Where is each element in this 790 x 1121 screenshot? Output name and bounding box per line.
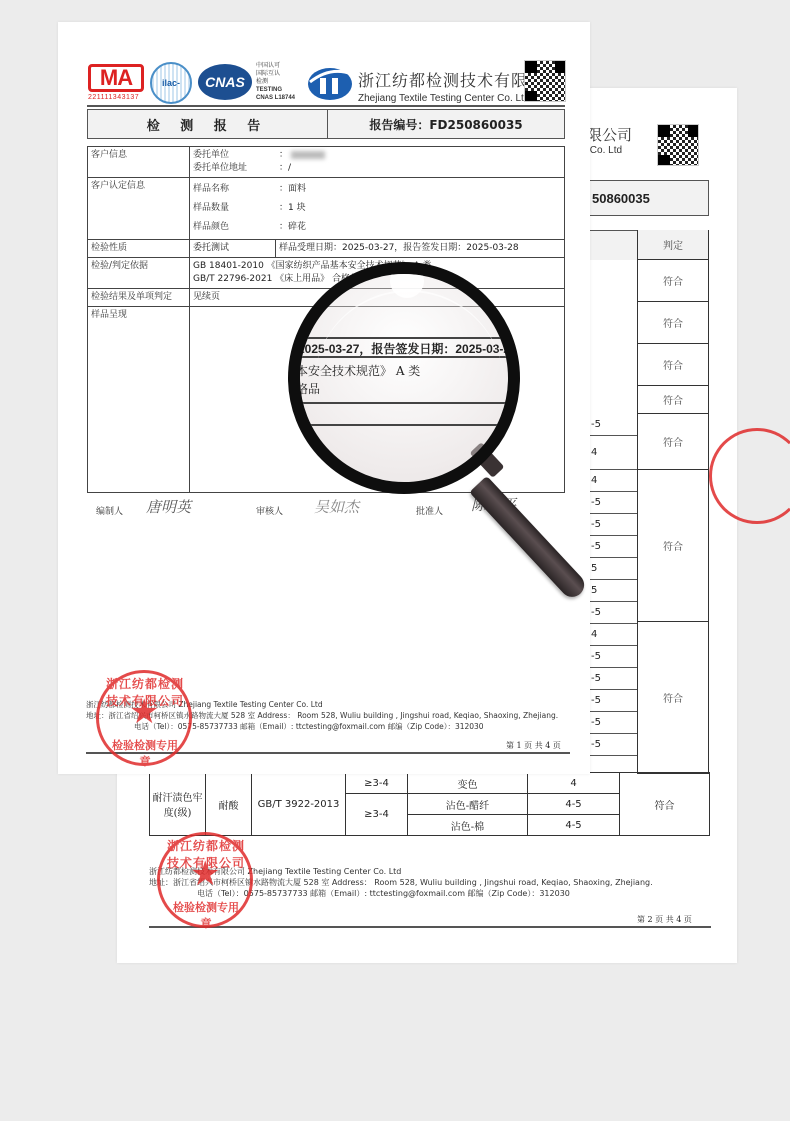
result-value: -5 — [587, 536, 637, 558]
page-number: 第 2 页 共 4 页 — [637, 914, 692, 925]
requirement: ≥3-4 — [346, 773, 408, 794]
divider — [87, 105, 565, 107]
cnas-accreditation: 中国认可 国际互认 检测 TESTING CNAS L18744 — [256, 62, 295, 102]
official-stamp: 浙江纺都检测技术有限公司 ★ 检验检测专用章 — [96, 670, 192, 766]
stamp-partial — [709, 428, 790, 524]
report-title: 检 测 报 告 — [88, 110, 328, 138]
result-value: -5 — [587, 514, 637, 536]
reviewer-signature: 吴如杰 — [314, 496, 359, 517]
approver-label: 批准人 — [416, 504, 443, 517]
judgement-cell: 符合 — [638, 622, 708, 774]
judgement-cell: 符合 — [638, 386, 708, 414]
field-label: 委托单位地址 — [193, 162, 279, 175]
reviewer-label: 审核人 — [256, 504, 283, 517]
table-row: 耐汗渍色牢度(级) 耐酸 GB/T 3922-2013 ≥3-4 变色 4 符合 — [150, 773, 710, 794]
report-title-bar: 检 测 报 告 报告编号：FD250860035 — [87, 109, 565, 139]
result-value: 4 — [587, 624, 637, 646]
sample-name-value: ：面料 — [279, 180, 561, 199]
sample-color-value: ：碎花 — [279, 218, 561, 237]
star-icon: ★ — [129, 695, 159, 729]
table-row: 客户信息 委托单位： 委托单位地址：/ — [88, 147, 565, 178]
redacted-text — [291, 151, 325, 159]
magnifying-glass-icon: 2025-03-27，报告签发日期：2025-03-2 本安全技术规范》 A 类… — [288, 262, 520, 494]
editor-signature: 唐明英 — [146, 496, 191, 517]
dates-value: 样品受理日期：2025-03-27，报告签发日期：2025-03-28 — [276, 240, 565, 258]
table-row: 客户认定信息 样品名称：面料 样品数量：1 块 样品颜色：碎花 — [88, 178, 565, 240]
row-label: 客户认定信息 — [88, 178, 190, 240]
row-label: 样品呈现 — [88, 307, 190, 493]
stamp-label: 检验检测专用章 — [170, 899, 242, 931]
test-item: 耐汗渍色牢度(级) — [150, 773, 206, 836]
judgement-header: 判定 — [638, 230, 708, 260]
judgement-cell: 符合 — [638, 414, 708, 470]
cma-number: 221111343137 — [88, 94, 146, 101]
editor-label: 编制人 — [96, 504, 123, 517]
result-value: -5 — [587, 602, 637, 624]
glass-glare — [390, 264, 424, 298]
sweat-fastness-table: 耐汗渍色牢度(级) 耐酸 GB/T 3922-2013 ≥3-4 变色 4 符合… — [149, 772, 710, 836]
judgement: 符合 — [620, 773, 710, 836]
official-stamp: 浙江纺都检测技术有限公司 ★ 检验检测专用章 — [157, 832, 253, 928]
report-number: 报告编号：FD250860035 — [328, 110, 564, 138]
judgement-cell: 符合 — [638, 344, 708, 386]
field-label: 委托单位 — [193, 149, 279, 162]
result-values-partial: -5 4 4 -5 -5 -5 5 5 -5 4 -5 -5 -5 -5 -5 — [587, 414, 637, 756]
ilac-mra-logo: ilac-MRA — [150, 62, 192, 104]
field-label: 样品颜色 — [193, 218, 279, 237]
result-value: -5 — [587, 712, 637, 734]
row-label: 检验结果及单项判定 — [88, 289, 190, 307]
row-label: 客户信息 — [88, 147, 190, 178]
qr-code-icon — [524, 60, 566, 102]
requirement: ≥3-4 — [346, 794, 408, 836]
header-logos: MA 221111343137 ilac-MRA CNAS 中国认可 国际互认 … — [88, 60, 568, 108]
row-label: 检验性质 — [88, 240, 190, 258]
cnas-logo: CNAS — [198, 64, 252, 100]
judgement-cell: 符合 — [638, 302, 708, 344]
result-value: -5 — [587, 646, 637, 668]
row-label: 检验/判定依据 — [88, 258, 190, 289]
result-value: 5 — [587, 580, 637, 602]
report-number: 50860035 — [592, 191, 650, 206]
table-row: 检验/判定依据 GB 18401-2010 《国家纺织产品基本安全技术规范》 A… — [88, 258, 565, 289]
company-logo-icon — [306, 64, 354, 102]
page-number: 第 1 页 共 4 页 — [506, 740, 561, 751]
nature-value: 委托测试 — [190, 240, 276, 258]
client-address-value: ：/ — [279, 162, 561, 175]
table-row: 检验性质 委托测试 样品受理日期：2025-03-27，报告签发日期：2025-… — [88, 240, 565, 258]
result-value: 4 — [587, 470, 637, 492]
glass-reflection — [314, 290, 504, 480]
test-result: 4-5 — [528, 794, 620, 815]
test-type: 变色 — [408, 773, 528, 794]
test-result: 4-5 — [528, 815, 620, 836]
judgement-cell: 符合 — [638, 260, 708, 302]
test-condition: 耐酸 — [206, 773, 252, 836]
cma-logo: MA 221111343137 — [88, 64, 146, 104]
test-standard: GB/T 3922-2013 — [252, 773, 346, 836]
test-result: 4 — [528, 773, 620, 794]
result-value: -5 — [587, 668, 637, 690]
judgement-column: 判定 符合 符合 符合 符合 符合 符合 符合 — [637, 230, 709, 774]
result-value: -5 — [587, 690, 637, 712]
report-number-box: 50860035 — [577, 180, 709, 216]
qr-code-icon — [657, 124, 699, 166]
result-value: -5 — [587, 734, 637, 756]
field-label: 样品名称 — [193, 180, 279, 199]
client-unit-value: ： — [279, 149, 561, 162]
cma-text: MA — [88, 64, 144, 92]
star-icon: ★ — [190, 857, 220, 891]
result-value: 4 — [587, 436, 637, 470]
sample-qty-value: ：1 块 — [279, 199, 561, 218]
field-label: 样品数量 — [193, 199, 279, 218]
test-type: 沾色-棉 — [408, 815, 528, 836]
stamp-label: 检验检测专用章 — [109, 737, 181, 769]
result-value: 5 — [587, 558, 637, 580]
result-value: -5 — [587, 492, 637, 514]
judgement-cell: 符合 — [638, 470, 708, 622]
result-value: -5 — [587, 414, 637, 436]
test-type: 沾色-醋纤 — [408, 794, 528, 815]
